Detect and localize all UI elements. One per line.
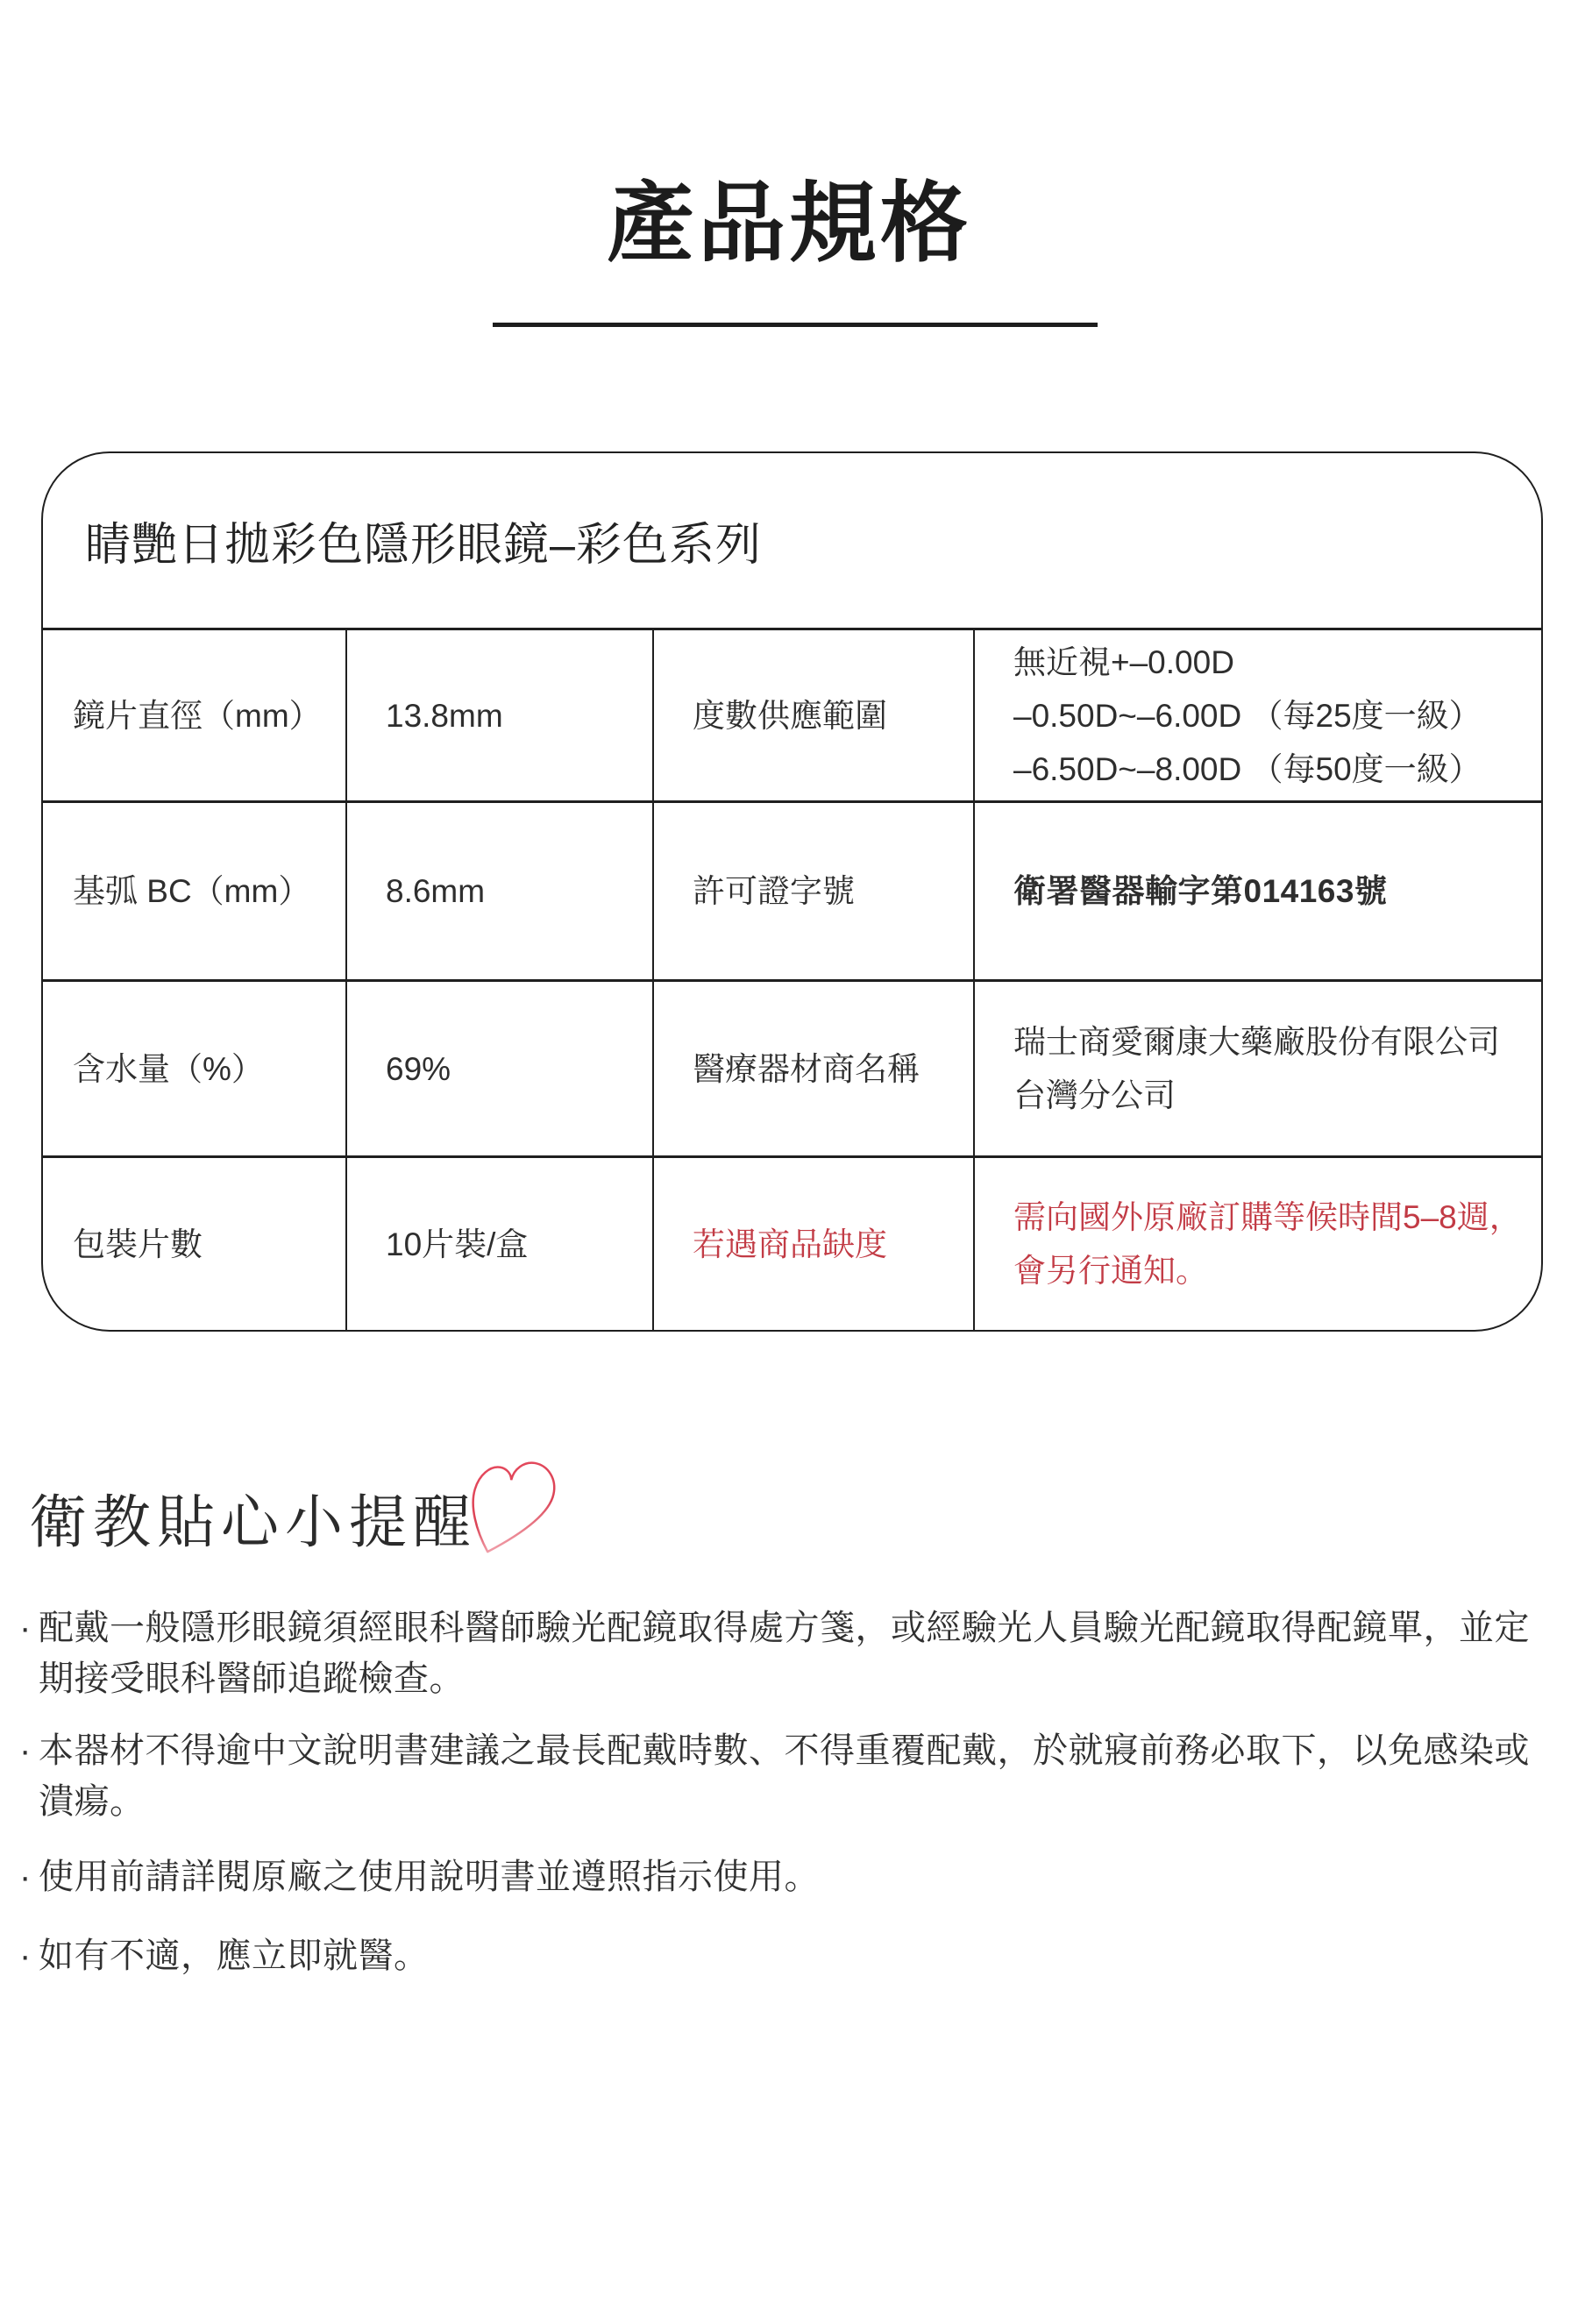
reminder-item-1: · 配戴一般隱形眼鏡須經眼科醫師驗光配鏡取得處方箋，或經驗光人員驗光配鏡取得配鏡… bbox=[19, 1603, 1545, 1704]
spec-table-product-name: 睛艷日拋彩色隱形眼鏡–彩色系列 bbox=[43, 453, 1541, 628]
reminder-item-3-text: 使用前請詳閱原廠之使用說明書並遵照指示使用。 bbox=[39, 1851, 820, 1902]
reminders-heading: 衛教貼心小提醒 bbox=[29, 1490, 477, 1554]
diameter-value: 13.8mm bbox=[345, 630, 652, 800]
device-company-label: 醫療器材商名稱 bbox=[652, 982, 973, 1155]
bullet-dot: · bbox=[19, 1725, 39, 1776]
water-content-value: 69% bbox=[345, 982, 652, 1155]
title-underline bbox=[493, 323, 1098, 327]
water-content-label: 含水量（%） bbox=[43, 982, 345, 1155]
reminder-item-2-text: 本器材不得逾中文說明書建議之最長配戴時數、不得重覆配戴，於就寢前務必取下，以免感… bbox=[39, 1725, 1530, 1827]
product-spec-table: 睛艷日拋彩色隱形眼鏡–彩色系列 鏡片直徑（mm） 13.8mm 度數供應範圍 無… bbox=[41, 451, 1543, 1332]
power-range-value: 無近視+–0.00D –0.50D~–6.00D （每25度一級） –6.50D… bbox=[973, 630, 1541, 800]
bullet-dot: · bbox=[19, 1930, 39, 1981]
power-range-label: 度數供應範圍 bbox=[652, 630, 973, 800]
heart-outline-icon bbox=[469, 1434, 562, 1559]
license-number-label: 許可證字號 bbox=[652, 803, 973, 979]
diameter-label: 鏡片直徑（mm） bbox=[43, 630, 345, 800]
base-curve-value: 8.6mm bbox=[345, 803, 652, 979]
shortage-label: 若遇商品缺度 bbox=[652, 1158, 973, 1330]
reminder-item-2: · 本器材不得逾中文說明書建議之最長配戴時數、不得重覆配戴，於就寢前務必取下，以… bbox=[19, 1725, 1545, 1827]
packaging-label: 包裝片數 bbox=[43, 1158, 345, 1330]
device-company-value: 瑞士商愛爾康大藥廠股份有限公司 台灣分公司 bbox=[973, 982, 1541, 1155]
packaging-value: 10片裝/盒 bbox=[345, 1158, 652, 1330]
base-curve-label: 基弧 BC（mm） bbox=[43, 803, 345, 979]
reminder-item-1-text: 配戴一般隱形眼鏡須經眼科醫師驗光配鏡取得處方箋，或經驗光人員驗光配鏡取得配鏡單，… bbox=[39, 1603, 1530, 1704]
reminder-item-4-text: 如有不適，應立即就醫。 bbox=[39, 1930, 430, 1981]
bullet-dot: · bbox=[19, 1851, 39, 1902]
page-title: 產品規格 bbox=[0, 175, 1578, 272]
table-row-base-curve: 基弧 BC（mm） 8.6mm 許可證字號 衛署醫器輸字第014163號 bbox=[43, 800, 1541, 979]
table-row-water-content: 含水量（%） 69% 醫療器材商名稱 瑞士商愛爾康大藥廠股份有限公司 台灣分公司 bbox=[43, 979, 1541, 1155]
reminder-item-4: · 如有不適，應立即就醫。 bbox=[19, 1930, 1545, 1981]
table-row-packaging: 包裝片數 10片裝/盒 若遇商品缺度 需向國外原廠訂購等候時間5–8週， 會另行… bbox=[43, 1155, 1541, 1330]
table-row-diameter: 鏡片直徑（mm） 13.8mm 度數供應範圍 無近視+–0.00D –0.50D… bbox=[43, 628, 1541, 800]
bullet-dot: · bbox=[19, 1603, 39, 1653]
license-number-value: 衛署醫器輸字第014163號 bbox=[973, 803, 1541, 979]
reminder-item-3: · 使用前請詳閱原廠之使用說明書並遵照指示使用。 bbox=[19, 1851, 1545, 1902]
shortage-value: 需向國外原廠訂購等候時間5–8週， 會另行通知。 bbox=[973, 1158, 1541, 1330]
